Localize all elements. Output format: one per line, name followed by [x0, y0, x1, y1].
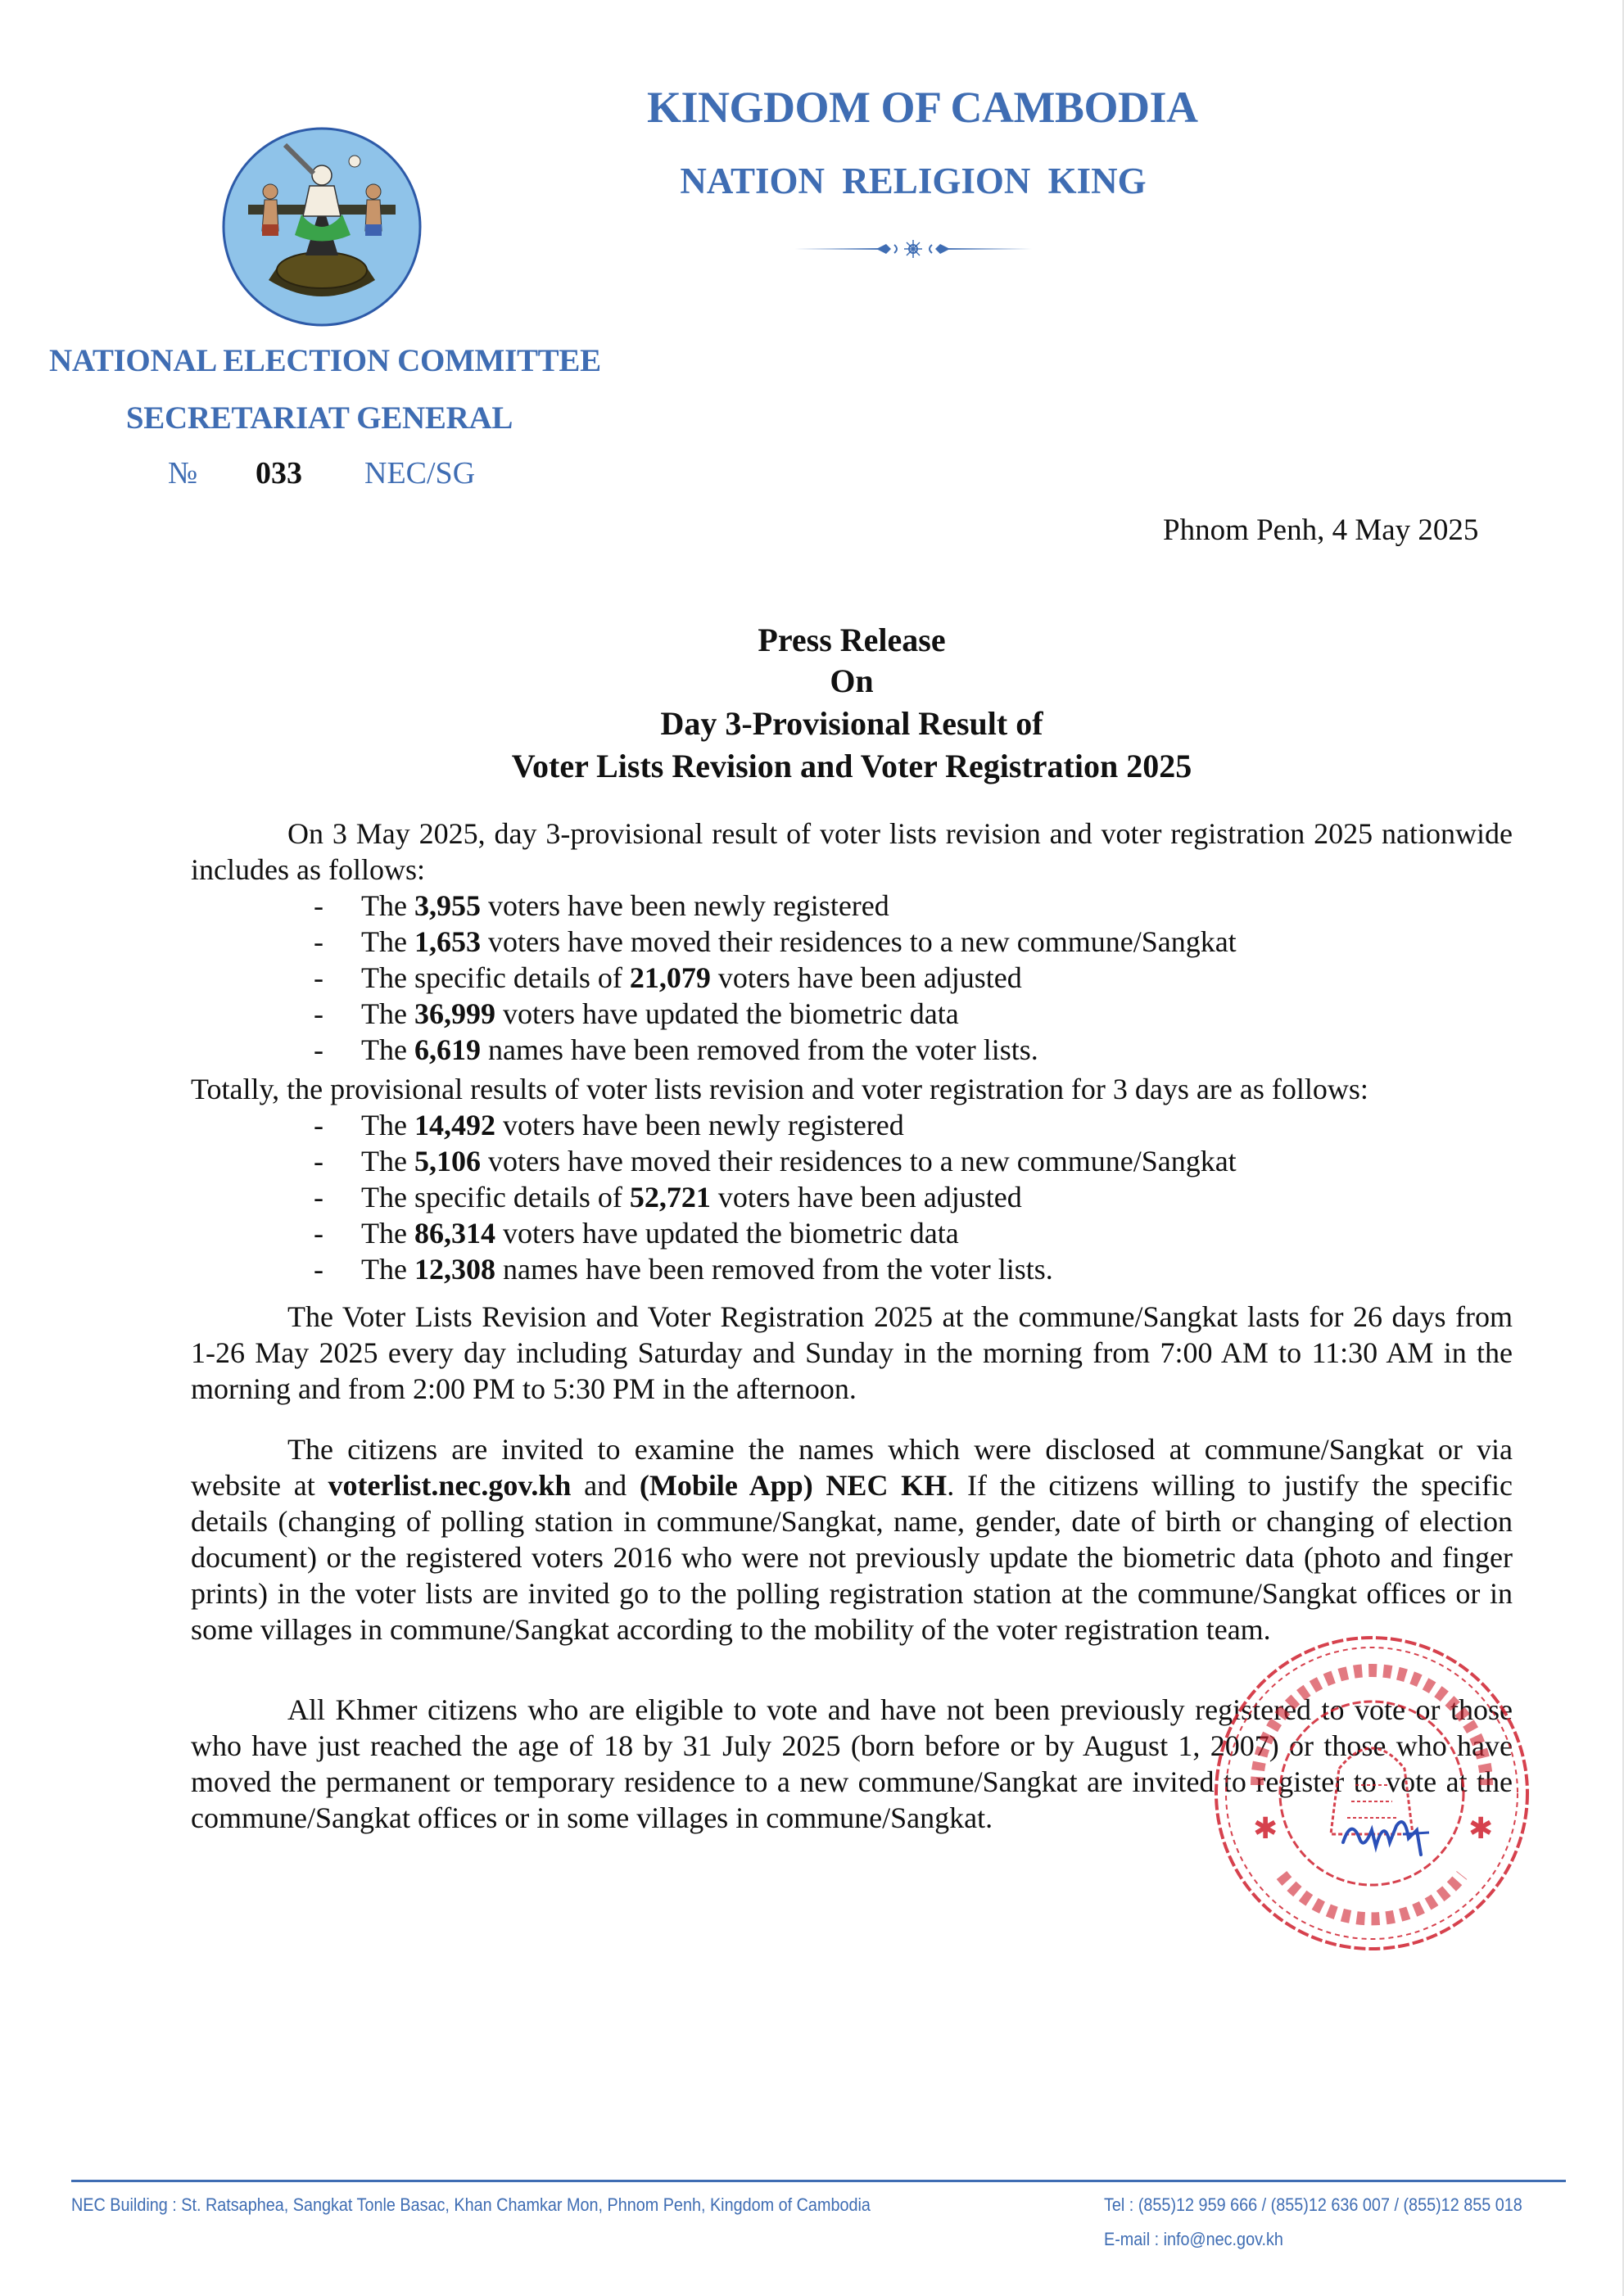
document-title-line-4: Voter Lists Revision and Voter Registrat…	[246, 747, 1458, 785]
organization-name: NATIONAL ELECTION COMMITTEE	[49, 342, 590, 379]
total-results-list: -The 14,492 voters have been newly regis…	[191, 1107, 1513, 1287]
document-title-line-2: On	[246, 662, 1458, 700]
day3-results-section: On 3 May 2025, day 3-provisional result …	[191, 816, 1513, 1068]
result-value: 36,999	[414, 997, 495, 1030]
department-name: SECRETARIAT GENERAL	[49, 400, 590, 436]
result-value: 12,308	[414, 1253, 495, 1286]
total-results-section: Totally, the provisional results of vote…	[191, 1071, 1513, 1287]
list-item: -The 1,653 voters have moved their resid…	[191, 924, 1513, 960]
result-value: 52,721	[630, 1181, 711, 1214]
list-item: -The 5,106 voters have moved their resid…	[191, 1143, 1513, 1179]
document-title-line-1: Press Release	[246, 621, 1458, 659]
nec-emblem-icon	[219, 124, 424, 329]
list-item: -The 14,492 voters have been newly regis…	[191, 1107, 1513, 1143]
day3-results-list: -The 3,955 voters have been newly regist…	[191, 888, 1513, 1068]
document-title-line-3: Day 3-Provisional Result of	[246, 704, 1458, 743]
footer-address: NEC Building : St. Ratsaphea, Sangkat To…	[71, 2194, 871, 2216]
examine-section: The citizens are invited to examine the …	[191, 1431, 1513, 1647]
list-item: -The specific details of 52,721 voters h…	[191, 1179, 1513, 1215]
day3-intro: On 3 May 2025, day 3-provisional result …	[191, 816, 1513, 888]
website-link[interactable]: voterlist.nec.gov.kh	[328, 1469, 571, 1502]
schedule-paragraph: The Voter Lists Revision and Voter Regis…	[191, 1299, 1513, 1407]
country-heading: KINGDOM OF CAMBODIA	[647, 82, 1179, 133]
footer-divider	[71, 2180, 1566, 2182]
list-item: -The 3,955 voters have been newly regist…	[191, 888, 1513, 924]
list-item: -The 6,619 names have been removed from …	[191, 1032, 1513, 1068]
examine-paragraph: The citizens are invited to examine the …	[191, 1431, 1513, 1647]
result-value: 86,314	[414, 1217, 495, 1250]
official-red-seal-icon: ✱ ✱	[1208, 1629, 1536, 1957]
result-value: 5,106	[414, 1145, 481, 1177]
reference-number-sign: №	[168, 455, 197, 491]
schedule-section: The Voter Lists Revision and Voter Regis…	[191, 1299, 1513, 1407]
result-value: 6,619	[414, 1033, 481, 1066]
svg-text:✱: ✱	[1253, 1812, 1278, 1846]
reference-number: 033	[256, 455, 302, 491]
result-value: 21,079	[630, 961, 711, 994]
national-motto: NATION RELIGION KING	[647, 160, 1179, 202]
date-line: Phnom Penh, 4 May 2025	[1163, 513, 1478, 548]
result-value: 1,653	[414, 925, 481, 958]
decorative-divider-icon	[794, 240, 1032, 258]
reference-code: NEC/SG	[364, 455, 475, 491]
result-value: 14,492	[414, 1109, 495, 1141]
svg-text:✱: ✱	[1468, 1812, 1493, 1846]
list-item: -The 86,314 voters have updated the biom…	[191, 1215, 1513, 1251]
list-item: -The 12,308 names have been removed from…	[191, 1251, 1513, 1287]
result-value: 3,955	[414, 889, 481, 922]
footer-telephone: Tel : (855)12 959 666 / (855)12 636 007 …	[1104, 2194, 1522, 2216]
totals-intro: Totally, the provisional results of vote…	[191, 1071, 1513, 1107]
list-item: -The 36,999 voters have updated the biom…	[191, 996, 1513, 1032]
mobile-app-name: (Mobile App) NEC KH	[640, 1469, 947, 1502]
list-item: -The specific details of 21,079 voters h…	[191, 960, 1513, 996]
signature-icon	[1339, 1810, 1437, 1859]
footer-email[interactable]: E-mail : info@nec.gov.kh	[1104, 2229, 1283, 2250]
